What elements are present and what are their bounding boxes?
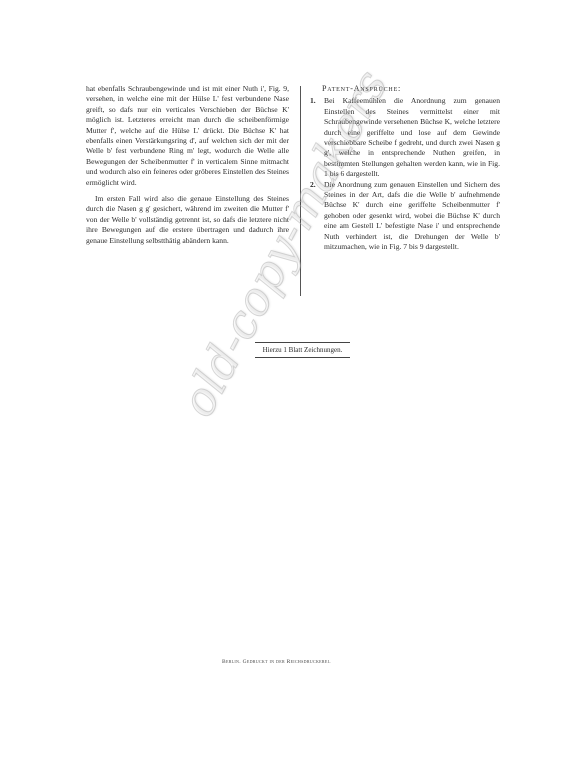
body-paragraph: hat ebenfalls Schraubengewinde und ist m…: [86, 84, 289, 188]
column-divider: [300, 86, 301, 296]
right-column: Patent-Ansprüche: 1. Bei Kaffeemühlen di…: [310, 84, 500, 253]
claim-item: 2. Die Anordnung zum genauen Einstellen …: [310, 180, 500, 253]
drawings-note: Hierzu 1 Blatt Zeichnungen.: [255, 342, 350, 358]
claims-heading: Patent-Ansprüche:: [322, 84, 500, 94]
claim-number: 2.: [310, 180, 324, 253]
claim-text: Bei Kaffeemühlen die Anordnung zum genau…: [324, 96, 500, 179]
printer-footer: Berlin. Gedruckt in der Reichsdruckerei.: [222, 659, 331, 665]
claim-number: 1.: [310, 96, 324, 179]
claim-item: 1. Bei Kaffeemühlen die Anordnung zum ge…: [310, 96, 500, 179]
body-paragraph: Im ersten Fall wird also die genaue Eins…: [86, 194, 289, 246]
left-column: hat ebenfalls Schraubengewinde und ist m…: [86, 84, 289, 246]
claim-text: Die Anordnung zum genauen Einstellen und…: [324, 180, 500, 253]
